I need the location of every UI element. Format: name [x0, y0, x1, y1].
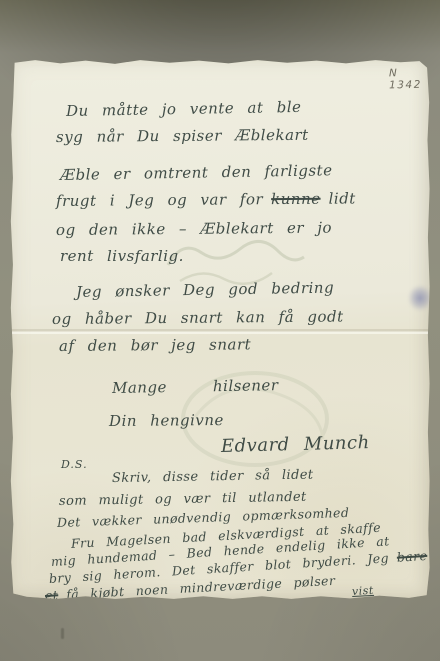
line-segment: kan — [435, 546, 440, 562]
line-segment: frugt i Jeg og var for — [56, 190, 263, 210]
ink-stain — [408, 285, 432, 311]
closing-salutation: Mange hilsener — [112, 376, 279, 397]
postscript-line: som muligt og vær til utlandet — [59, 490, 307, 509]
struck-word: bare — [396, 548, 427, 565]
interlinear-insertion: vist — [352, 584, 374, 598]
struck-word: et — [45, 587, 59, 603]
handwritten-line: Æble er omtrent den farligste — [60, 161, 333, 184]
handwritten-line: og den ikke – Æblekart er jo — [56, 219, 332, 239]
fold-crease — [10, 329, 430, 334]
line-segment: lidt — [328, 189, 355, 207]
handwritten-line: frugt i Jeg og var forkunnelidt — [56, 189, 364, 210]
letter-paper: N 1342 Du måtte jo vente at ble syg når … — [10, 59, 430, 600]
handwritten-line: og håber Du snart kan få godt — [52, 307, 344, 328]
closing-line: Din hengivne — [109, 411, 224, 430]
closing-word: Mange — [112, 378, 167, 397]
closing-word: hilsener — [213, 376, 279, 395]
postscript-label: D.S. — [61, 458, 88, 471]
handwritten-line: af den bør jeg snart — [59, 335, 251, 355]
handwritten-line: rent livsfarlig. — [60, 247, 184, 265]
photo-background: N 1342 Du måtte jo vente at ble syg når … — [0, 0, 440, 661]
catalog-number-annotation: N 1342 — [389, 67, 430, 92]
handwritten-line: syg når Du spiser Æblekart — [56, 126, 309, 146]
struck-word: kunne — [271, 190, 321, 208]
handwritten-line: Du måtte jo vente at ble — [66, 98, 302, 120]
background-scratch — [61, 628, 64, 639]
postscript-line: Skriv, disse tider så lidet — [112, 467, 314, 486]
handwritten-line: Jeg ønsker Deg god bedring — [76, 278, 334, 301]
signature: Edvard Munch — [221, 432, 370, 457]
